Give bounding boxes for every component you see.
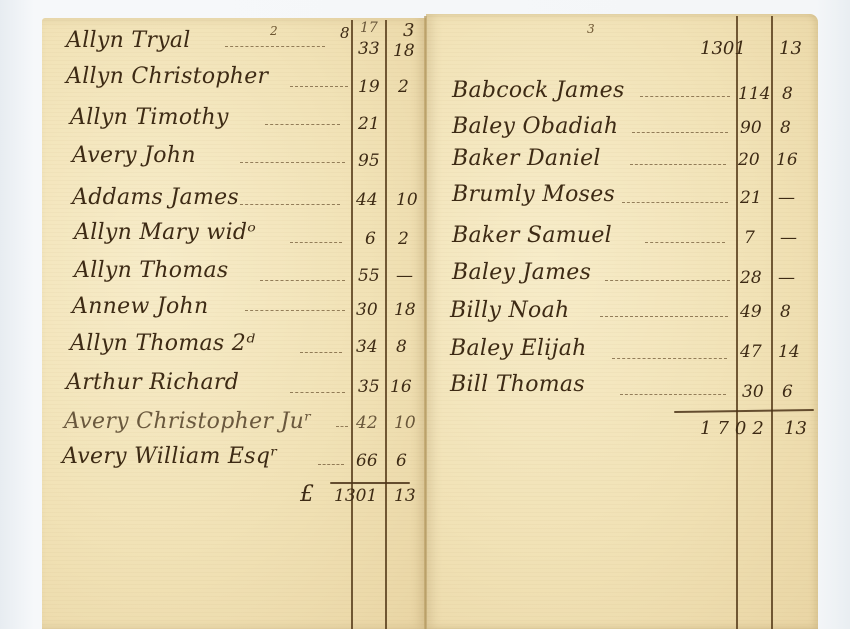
entry-shillings: 14 [778,342,800,362]
entry-pounds: 114 [738,84,770,104]
leader-dashes [632,132,728,133]
entry-pounds: 34 [356,337,378,357]
leader-dashes [290,242,342,243]
left-total-rule [330,482,410,484]
leader-dashes [318,464,344,465]
entry-shillings: 8 [780,118,791,138]
entry-name: Addams James [72,185,239,210]
right-page-mark: 3 [587,22,595,36]
entry-name: Allyn Timothy [70,105,229,130]
leader-dashes [260,280,345,281]
leader-dashes [300,352,342,353]
leader-dashes [630,164,726,165]
entry-shillings: — [780,228,797,248]
entry-pounds: 7 [744,228,755,248]
entry-shillings: 6 [396,451,407,471]
entry-name: Baley Obadiah [452,114,618,139]
entry-name: Annew John [72,294,208,319]
entry-shillings: 8 [780,302,791,322]
entry-name: Allyn Mary widᵒ [74,220,256,245]
leader-dashes [645,242,725,243]
entry-shillings: 8 [396,337,407,357]
entry-name: Bill Thomas [450,372,585,397]
right-total-shillings: 13 [784,418,807,439]
entry-name: Babcock James [452,78,625,103]
right-carried-forward-pounds: 1301 [700,38,746,59]
entry-pounds: 33 [358,39,380,59]
entry-shillings: 2 [398,77,409,97]
entry-name: Brumly Moses [452,182,615,207]
left-shillings-column-rule [385,20,387,629]
entry-shillings: 6 [782,382,793,402]
leader-dashes [225,46,325,47]
entry-shillings: 8 [782,84,793,104]
entry-shillings: 10 [396,190,418,210]
leader-dashes [240,204,340,205]
leader-dashes [265,124,340,125]
entry-shillings: 16 [776,150,798,170]
right-carried-forward-shillings: 13 [779,38,802,59]
entry-pounds: 90 [740,118,762,138]
entry-name: Baker Daniel [452,146,601,171]
leader-dashes [640,96,730,97]
entry-pounds: 42 [356,413,378,433]
entry-name: Baley Elijah [450,336,587,361]
entry-pounds: 20 [738,150,760,170]
leader-dashes [336,426,348,427]
left-header-shillings: 3 [403,20,414,41]
entry-shillings: 2 [398,229,409,249]
leader-dashes [240,162,345,163]
leader-dashes [600,316,728,317]
leader-dashes [612,358,727,359]
leader-dashes [290,86,348,87]
left-header-prefix: 8 [340,24,350,42]
left-total-pound-symbol: £ [300,482,314,507]
leader-dashes [620,394,726,395]
left-page-mark: 2 [270,24,278,38]
entry-pounds: 47 [740,342,762,362]
entry-name: Avery William Esqʳ [62,444,278,469]
entry-name: Allyn Thomas [74,258,229,283]
entry-pounds: 49 [740,302,762,322]
entry-pounds: 30 [742,382,764,402]
entry-pounds: 66 [356,451,378,471]
entry-pounds: 30 [356,300,378,320]
entry-pounds: 44 [356,190,378,210]
entry-name: Allyn Thomas 2ᵈ [70,331,255,356]
entry-shillings: — [778,188,795,208]
entry-name: Baley James [452,260,591,285]
entry-name: Allyn Tryal [66,28,191,53]
right-pounds-column-rule [736,16,738,629]
leader-dashes [245,310,345,311]
entry-pounds: 21 [740,188,762,208]
entry-shillings: 10 [394,413,416,433]
left-total-pounds: 1301 [334,486,377,506]
leader-dashes [622,202,728,203]
entry-shillings: — [396,266,413,286]
entry-name: Avery Christopher Juʳ [64,409,312,434]
entry-pounds: 6 [365,229,376,249]
right-total-pounds: 1702 [700,418,770,439]
entry-name: Allyn Christopher [66,64,268,89]
entry-pounds: 21 [358,114,380,134]
entry-pounds: 55 [358,266,380,286]
entry-name: Avery John [72,143,196,168]
left-pounds-column-rule [351,20,353,629]
entry-pounds: 19 [358,77,380,97]
entry-name: Arthur Richard [66,370,239,395]
right-shillings-column-rule [771,16,773,629]
entry-shillings: 18 [394,300,416,320]
entry-pounds: 35 [358,377,380,397]
left-header-pounds: 17 [360,20,378,36]
entry-shillings: 18 [393,41,415,61]
book-gutter [424,16,427,629]
entry-name: Baker Samuel [452,223,612,248]
leader-dashes [605,280,730,281]
entry-name: Billy Noah [450,298,569,323]
leader-dashes [290,392,345,393]
entry-pounds: 28 [740,268,762,288]
entry-pounds: 95 [358,151,380,171]
entry-shillings: 16 [390,377,412,397]
entry-shillings: — [778,268,795,288]
left-total-shillings: 13 [394,486,416,506]
